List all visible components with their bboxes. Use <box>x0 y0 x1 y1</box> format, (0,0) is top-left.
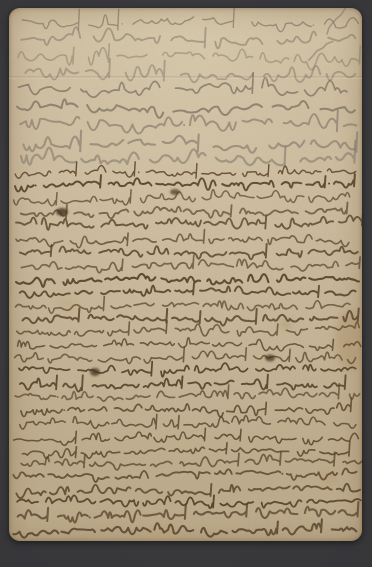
paper-grain-texture <box>9 8 362 541</box>
postcard <box>9 8 362 541</box>
scan-background <box>0 0 372 567</box>
handwriting-layer <box>9 8 362 541</box>
